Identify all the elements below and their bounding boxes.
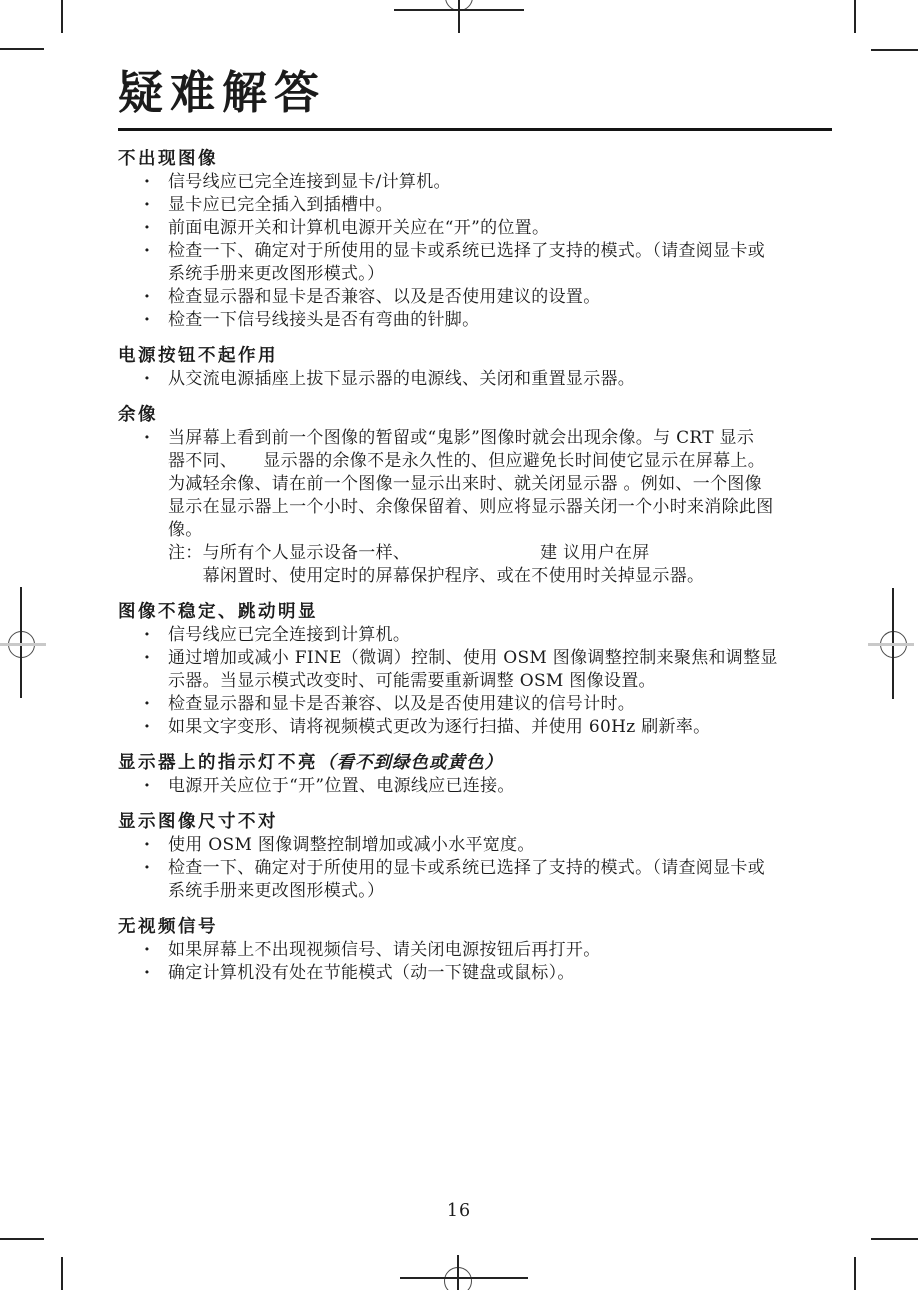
page-number: 16 bbox=[0, 1201, 918, 1221]
text-line: 系统手册来更改图形模式。） bbox=[168, 880, 832, 903]
bullet-dot: · bbox=[118, 624, 168, 647]
text-line: 系统手册来更改图形模式。） bbox=[168, 263, 832, 286]
bullet-dot: · bbox=[118, 368, 168, 391]
bullet-dot: · bbox=[118, 857, 168, 903]
text-line: 为减轻余像、请在前一个图像一显示出来时、就关闭显示器 。例如、一个图像 bbox=[168, 473, 832, 496]
item-text: 确定计算机没有处在节能模式（动一下键盘或鼠标）。 bbox=[168, 962, 832, 985]
text-line: 检查一下、确定对于所使用的显卡或系统已选择了支持的模式。（请查阅显卡或 bbox=[168, 857, 832, 880]
note-label: 注： bbox=[168, 542, 203, 588]
text-line: 显示在显示器上一个小时、余像保留着、则应将显示器关闭一个小时来消除此图 bbox=[168, 496, 832, 519]
bullet-item: ·检查一下、确定对于所使用的显卡或系统已选择了支持的模式。（请查阅显卡或系统手册… bbox=[118, 857, 832, 903]
item-text: 如果文字变形、请将视频模式更改为逐行扫描、并使用 60Hz 刷新率。 bbox=[168, 716, 832, 739]
text-line: 像。 bbox=[168, 519, 832, 542]
section: 图像不稳定、跳动明显·信号线应已完全连接到计算机。·通过增加或减小 FINE（微… bbox=[118, 601, 832, 739]
bullet-dot: · bbox=[118, 647, 168, 693]
bullet-item: ·检查一下信号线接头是否有弯曲的针脚。 bbox=[118, 309, 832, 332]
section: 无视频信号·如果屏幕上不出现视频信号、请关闭电源按钮后再打开。·确定计算机没有处… bbox=[118, 916, 832, 985]
bullet-item: ·确定计算机没有处在节能模式（动一下键盘或鼠标）。 bbox=[118, 962, 832, 985]
bullet-dot: · bbox=[118, 693, 168, 716]
item-text: 与所有个人显示设备一样、 建 议用户在屏幕闲置时、使用定时的屏幕保护程序、或在不… bbox=[203, 542, 832, 588]
item-text: 检查显示器和显卡是否兼容、以及是否使用建议的信号计时。 bbox=[168, 693, 832, 716]
item-text: 如果屏幕上不出现视频信号、请关闭电源按钮后再打开。 bbox=[168, 939, 832, 962]
text-line: 电源开关应位于“开”位置、电源线应已连接。 bbox=[168, 775, 832, 798]
text-line: 检查显示器和显卡是否兼容、以及是否使用建议的设置。 bbox=[168, 286, 832, 309]
item-text: 从交流电源插座上拔下显示器的电源线、关闭和重置显示器。 bbox=[168, 368, 832, 391]
text-line: 如果文字变形、请将视频模式更改为逐行扫描、并使用 60Hz 刷新率。 bbox=[168, 716, 832, 739]
text-line: 信号线应已完全连接到显卡/计算机。 bbox=[168, 171, 832, 194]
crop-mark-top-left-vertical bbox=[61, 0, 63, 33]
bullet-dot: · bbox=[118, 427, 168, 542]
crop-mark-top-right-vertical bbox=[854, 0, 856, 33]
text-line: 与所有个人显示设备一样、 建 议用户在屏 bbox=[203, 542, 832, 565]
text-line: 从交流电源插座上拔下显示器的电源线、关闭和重置显示器。 bbox=[168, 368, 832, 391]
bullet-item: ·显卡应已完全插入到插槽中。 bbox=[118, 194, 832, 217]
bullet-dot: · bbox=[118, 286, 168, 309]
registration-mark-bottom-center-vline bbox=[457, 1255, 459, 1290]
crop-mark-top-right-horizontal bbox=[871, 49, 918, 51]
troubleshooting-sections: 不出现图像·信号线应已完全连接到显卡/计算机。·显卡应已完全插入到插槽中。·前面… bbox=[118, 148, 832, 985]
bullet-dot: · bbox=[118, 962, 168, 985]
section-heading: 显示图像尺寸不对 bbox=[118, 811, 832, 834]
text-line: 信号线应已完全连接到计算机。 bbox=[168, 624, 832, 647]
bullet-dot: · bbox=[118, 775, 168, 798]
bullet-item: ·信号线应已完全连接到显卡/计算机。 bbox=[118, 171, 832, 194]
section: 显示图像尺寸不对·使用 OSM 图像调整控制增加或减小水平宽度。·检查一下、确定… bbox=[118, 811, 832, 903]
text-line: 使用 OSM 图像调整控制增加或减小水平宽度。 bbox=[168, 834, 832, 857]
item-text: 使用 OSM 图像调整控制增加或减小水平宽度。 bbox=[168, 834, 832, 857]
item-text: 信号线应已完全连接到显卡/计算机。 bbox=[168, 171, 832, 194]
bullet-dot: · bbox=[118, 217, 168, 240]
section: 余像·当屏幕上看到前一个图像的暂留或“鬼影”图像时就会出现余像。与 CRT 显示… bbox=[118, 404, 832, 588]
bullet-dot: · bbox=[118, 834, 168, 857]
bullet-item: ·使用 OSM 图像调整控制增加或减小水平宽度。 bbox=[118, 834, 832, 857]
bullet-dot: · bbox=[118, 309, 168, 332]
text-line: 如果屏幕上不出现视频信号、请关闭电源按钮后再打开。 bbox=[168, 939, 832, 962]
section-heading-italic: （看不到绿色或黄色） bbox=[318, 753, 503, 773]
bullet-item: ·检查一下、确定对于所使用的显卡或系统已选择了支持的模式。（请查阅显卡或系统手册… bbox=[118, 240, 832, 286]
page-content: 疑难解答 不出现图像·信号线应已完全连接到显卡/计算机。·显卡应已完全插入到插槽… bbox=[118, 66, 832, 985]
item-text: 检查一下、确定对于所使用的显卡或系统已选择了支持的模式。（请查阅显卡或系统手册来… bbox=[168, 240, 832, 286]
section-heading: 电源按钮不起作用 bbox=[118, 345, 832, 368]
text-line: 检查一下、确定对于所使用的显卡或系统已选择了支持的模式。（请查阅显卡或 bbox=[168, 240, 832, 263]
text-line: 幕闲置时、使用定时的屏幕保护程序、或在不使用时关掉显示器。 bbox=[203, 565, 832, 588]
item-text: 前面电源开关和计算机电源开关应在“开”的位置。 bbox=[168, 217, 832, 240]
bullet-item: ·如果屏幕上不出现视频信号、请关闭电源按钮后再打开。 bbox=[118, 939, 832, 962]
crop-mark-bottom-right-vertical bbox=[854, 1257, 856, 1290]
bullet-item: ·检查显示器和显卡是否兼容、以及是否使用建议的信号计时。 bbox=[118, 693, 832, 716]
registration-mark-bottom-center-hline bbox=[400, 1277, 528, 1279]
note-item: 注：与所有个人显示设备一样、 建 议用户在屏幕闲置时、使用定时的屏幕保护程序、或… bbox=[168, 542, 832, 588]
text-line: 通过增加或减小 FINE（微调）控制、使用 OSM 图像调整控制来聚焦和调整显 bbox=[168, 647, 832, 670]
section-heading: 无视频信号 bbox=[118, 916, 832, 939]
text-line: 示器。当显示模式改变时、可能需要重新调整 OSM 图像设置。 bbox=[168, 670, 832, 693]
section: 电源按钮不起作用·从交流电源插座上拔下显示器的电源线、关闭和重置显示器。 bbox=[118, 345, 832, 391]
text-line: 检查一下信号线接头是否有弯曲的针脚。 bbox=[168, 309, 832, 332]
crop-mark-top-left-horizontal bbox=[0, 48, 44, 50]
bullet-item: ·当屏幕上看到前一个图像的暂留或“鬼影”图像时就会出现余像。与 CRT 显示器不… bbox=[118, 427, 832, 542]
section-heading: 显示器上的指示灯不亮（看不到绿色或黄色） bbox=[118, 752, 832, 775]
bullet-item: ·信号线应已完全连接到计算机。 bbox=[118, 624, 832, 647]
registration-mark-right-hline bbox=[868, 643, 914, 646]
bullet-item: ·电源开关应位于“开”位置、电源线应已连接。 bbox=[118, 775, 832, 798]
bullet-dot: · bbox=[118, 240, 168, 286]
text-line: 当屏幕上看到前一个图像的暂留或“鬼影”图像时就会出现余像。与 CRT 显示 bbox=[168, 427, 832, 450]
crop-mark-bottom-left-horizontal bbox=[0, 1238, 44, 1240]
crop-mark-bottom-left-vertical bbox=[61, 1257, 63, 1290]
item-text: 检查一下信号线接头是否有弯曲的针脚。 bbox=[168, 309, 832, 332]
item-text: 检查一下、确定对于所使用的显卡或系统已选择了支持的模式。（请查阅显卡或系统手册来… bbox=[168, 857, 832, 903]
section: 不出现图像·信号线应已完全连接到显卡/计算机。·显卡应已完全插入到插槽中。·前面… bbox=[118, 148, 832, 332]
manual-page: 疑难解答 不出现图像·信号线应已完全连接到显卡/计算机。·显卡应已完全插入到插槽… bbox=[0, 0, 918, 1290]
item-text: 通过增加或减小 FINE（微调）控制、使用 OSM 图像调整控制来聚焦和调整显示… bbox=[168, 647, 832, 693]
title-rule bbox=[118, 128, 832, 131]
bullet-item: ·如果文字变形、请将视频模式更改为逐行扫描、并使用 60Hz 刷新率。 bbox=[118, 716, 832, 739]
bullet-dot: · bbox=[118, 194, 168, 217]
item-text: 信号线应已完全连接到计算机。 bbox=[168, 624, 832, 647]
bullet-item: ·检查显示器和显卡是否兼容、以及是否使用建议的设置。 bbox=[118, 286, 832, 309]
crop-mark-bottom-right-horizontal bbox=[871, 1238, 918, 1240]
section-heading: 不出现图像 bbox=[118, 148, 832, 171]
registration-mark-top-center-vline bbox=[458, 0, 460, 33]
page-title: 疑难解答 bbox=[118, 66, 832, 119]
registration-mark-left-hline bbox=[0, 643, 46, 646]
section: 显示器上的指示灯不亮（看不到绿色或黄色）·电源开关应位于“开”位置、电源线应已连… bbox=[118, 752, 832, 798]
bullet-dot: · bbox=[118, 716, 168, 739]
text-line: 显卡应已完全插入到插槽中。 bbox=[168, 194, 832, 217]
section-heading: 图像不稳定、跳动明显 bbox=[118, 601, 832, 624]
item-text: 当屏幕上看到前一个图像的暂留或“鬼影”图像时就会出现余像。与 CRT 显示器不同… bbox=[168, 427, 832, 542]
text-line: 检查显示器和显卡是否兼容、以及是否使用建议的信号计时。 bbox=[168, 693, 832, 716]
item-text: 显卡应已完全插入到插槽中。 bbox=[168, 194, 832, 217]
text-line: 确定计算机没有处在节能模式（动一下键盘或鼠标）。 bbox=[168, 962, 832, 985]
item-text: 电源开关应位于“开”位置、电源线应已连接。 bbox=[168, 775, 832, 798]
bullet-item: ·前面电源开关和计算机电源开关应在“开”的位置。 bbox=[118, 217, 832, 240]
section-heading: 余像 bbox=[118, 404, 832, 427]
bullet-item: ·通过增加或减小 FINE（微调）控制、使用 OSM 图像调整控制来聚焦和调整显… bbox=[118, 647, 832, 693]
bullet-item: ·从交流电源插座上拔下显示器的电源线、关闭和重置显示器。 bbox=[118, 368, 832, 391]
item-text: 检查显示器和显卡是否兼容、以及是否使用建议的设置。 bbox=[168, 286, 832, 309]
bullet-dot: · bbox=[118, 939, 168, 962]
text-line: 器不同、 显示器的余像不是永久性的、但应避免长时间使它显示在屏幕上。 bbox=[168, 450, 832, 473]
bullet-dot: · bbox=[118, 171, 168, 194]
text-line: 前面电源开关和计算机电源开关应在“开”的位置。 bbox=[168, 217, 832, 240]
